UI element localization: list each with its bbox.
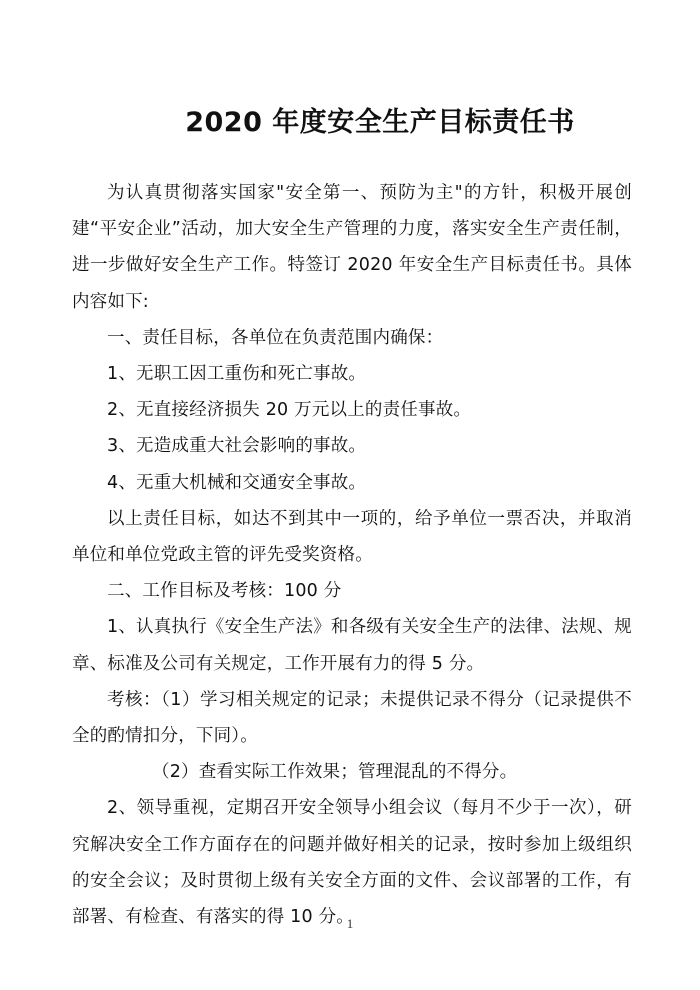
section-heading-work-goals: 二、工作目标及考核：100 分 [72,573,632,609]
goal-item-2: 2、无直接经济损失 20 万元以上的责任事故。 [72,392,632,428]
section-heading-responsibility-goals: 一、责任目标，各单位在负责范围内确保： [72,320,632,356]
document-body: 为认真贯彻落实国家"安全第一、预防为主"的方针，积极开展创建“平安企业”活动，加… [72,175,632,935]
goal-item-4: 4、无重大机械和交通安全事故。 [72,465,632,501]
work-item-1: 1、认真执行《安全生产法》和各级有关安全生产的法律、法规、规章、标准及公司有关规… [72,609,632,681]
veto-paragraph: 以上责任目标，如达不到其中一项的，给予单位一票否决，并取消单位和单位党政主管的评… [72,501,632,573]
goal-item-3: 3、无造成重大社会影响的事故。 [72,428,632,464]
document-title: 2020 年度安全生产目标责任书 [0,100,700,139]
assessment-item-1: 考核：（1）学习相关规定的记录；未提供记录不得分（记录提供不全的酌情扣分，下同）… [72,682,632,754]
assessment-item-2: （2）查看实际工作效果；管理混乱的不得分。 [72,754,632,790]
document-page: 2020 年度安全生产目标责任书 为认真贯彻落实国家"安全第一、预防为主"的方针… [0,0,700,990]
page-number: 1 [0,916,700,932]
goal-item-1: 1、无职工因工重伤和死亡事故。 [72,356,632,392]
work-item-2: 2、领导重视，定期召开安全领导小组会议（每月不少于一次），研究解决安全工作方面存… [72,790,632,935]
intro-paragraph: 为认真贯彻落实国家"安全第一、预防为主"的方针，积极开展创建“平安企业”活动，加… [72,175,632,320]
